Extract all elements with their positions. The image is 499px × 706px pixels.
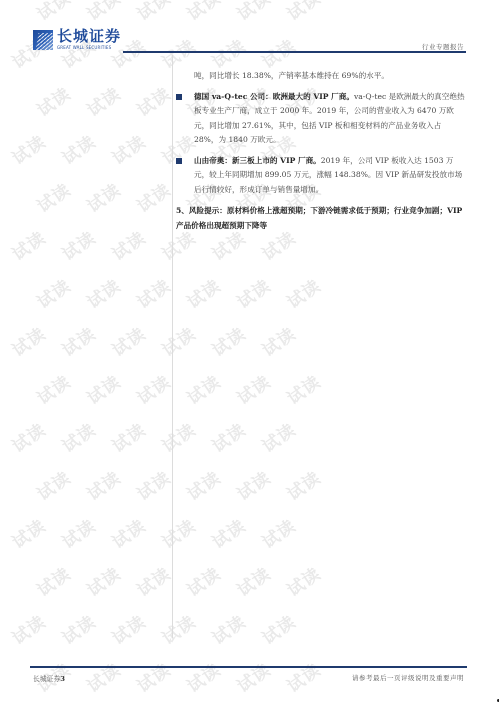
watermark-text: 试读: [231, 560, 275, 601]
watermark-text: 试读: [81, 560, 125, 601]
watermark-text: 试读: [106, 320, 150, 361]
watermark-text: 试读: [81, 176, 125, 217]
watermark-text: 试读: [181, 368, 225, 409]
watermark-text: 试读: [31, 272, 75, 313]
continuation-paragraph: 吨，同比增长 18.38%，产销率基本维持在 69%的水平。: [176, 69, 468, 84]
watermark-text: 试读: [131, 0, 175, 25]
watermark-text: 试读: [131, 80, 175, 121]
watermark-text: 试读: [281, 0, 325, 25]
page-number: 3: [60, 675, 65, 683]
watermark-text: 试读: [81, 0, 125, 25]
watermark-text: 试读: [231, 272, 275, 313]
bullet-item-shanyou: 山由帝奥：新三板上市的 VIP 厂商。2019 年，公司 VIP 板收入达 15…: [176, 154, 468, 198]
watermark-text: 试读: [231, 0, 275, 25]
report-type-label: 行业专题报告: [422, 42, 464, 51]
watermark-text: 试读: [281, 560, 325, 601]
watermark-text: 试读: [281, 656, 325, 697]
bullet-lead: 山由帝奥：新三板上市的 VIP 厂商。: [194, 156, 321, 165]
watermark-text: 试读: [206, 512, 250, 553]
watermark-text: 试读: [56, 608, 100, 649]
watermark-text: 试读: [31, 80, 75, 121]
watermark-text: 试读: [81, 368, 125, 409]
watermark-text: 试读: [256, 512, 300, 553]
watermark-text: 试读: [31, 560, 75, 601]
watermark-text: 试读: [206, 416, 250, 457]
watermark-text: 试读: [31, 0, 75, 25]
bullet-lead: 德国 va-Q-tec 公司：欧洲最大的 VIP 厂商。: [194, 92, 354, 101]
watermark-text: 试读: [6, 320, 50, 361]
watermark-text: 试读: [256, 608, 300, 649]
watermark-text: 试读: [206, 608, 250, 649]
watermark-text: 试读: [6, 512, 50, 553]
watermark-text: 试读: [131, 368, 175, 409]
watermark-text: 试读: [131, 176, 175, 217]
footer-company-name: 长城证券: [33, 675, 60, 683]
header-rule: [123, 51, 466, 53]
watermark-text: 试读: [231, 464, 275, 505]
square-bullet-icon: [176, 158, 182, 164]
watermark-text: 试读: [156, 416, 200, 457]
company-logo: 长城证券 GREAT WALL SECURITIES: [33, 29, 121, 50]
watermark-text: 试读: [56, 320, 100, 361]
watermark-text: 试读: [131, 560, 175, 601]
great-wall-logo-icon: [33, 30, 53, 50]
footer-rule: [30, 666, 467, 668]
watermark-text: 试读: [181, 656, 225, 697]
watermark-text: 试读: [156, 512, 200, 553]
logo-chinese-name: 长城证券: [57, 29, 121, 44]
watermark-text: 试读: [156, 320, 200, 361]
watermark-text: 试读: [256, 416, 300, 457]
watermark-text: 试读: [181, 0, 225, 25]
footer-company: 长城证券3: [33, 673, 65, 683]
watermark-text: 试读: [106, 224, 150, 265]
watermark-text: 试读: [31, 464, 75, 505]
column-divider: [172, 55, 173, 638]
watermark-text: 试读: [106, 608, 150, 649]
watermark-text: 试读: [31, 368, 75, 409]
watermark-text: 试读: [181, 272, 225, 313]
risk-label: 5、风险提示：: [176, 206, 227, 215]
main-content: 吨，同比增长 18.38%，产销率基本维持在 69%的水平。 德国 va-Q-t…: [176, 69, 468, 233]
watermark-text: 试读: [206, 320, 250, 361]
risk-warning: 5、风险提示：原材料价格上涨超预期；下游冷链需求低于预期；行业竞争加剧；VIP …: [176, 204, 468, 233]
watermark-text: 试读: [231, 656, 275, 697]
watermark-text: 试读: [131, 272, 175, 313]
watermark-text: 试读: [156, 608, 200, 649]
watermark-text: 试读: [181, 464, 225, 505]
watermark-text: 试读: [81, 464, 125, 505]
watermark-text: 试读: [106, 416, 150, 457]
watermark-text: 试读: [81, 656, 125, 697]
watermark-text: 试读: [6, 224, 50, 265]
square-bullet-icon: [176, 94, 182, 100]
watermark-text: 试读: [6, 128, 50, 169]
watermark-text: 试读: [131, 464, 175, 505]
watermark-text: 试读: [81, 80, 125, 121]
bullet-item-vaqtec: 德国 va-Q-tec 公司：欧洲最大的 VIP 厂商。va-Q-tec 是欧洲…: [176, 90, 468, 148]
watermark-text: 试读: [231, 368, 275, 409]
watermark-text: 试读: [6, 416, 50, 457]
watermark-text: 试读: [106, 512, 150, 553]
watermark-text: 试读: [81, 272, 125, 313]
watermark-text: 试读: [56, 224, 100, 265]
watermark-text: 试读: [281, 368, 325, 409]
watermark-text: 试读: [56, 128, 100, 169]
logo-english-name: GREAT WALL SECURITIES: [57, 46, 121, 50]
watermark-text: 试读: [281, 464, 325, 505]
watermark-text: 试读: [281, 272, 325, 313]
watermark-text: 试读: [31, 176, 75, 217]
watermark-text: 试读: [56, 416, 100, 457]
watermark-text: 试读: [56, 512, 100, 553]
watermark-text: 试读: [256, 320, 300, 361]
footer-disclaimer: 请参考最后一页评级说明及重要声明: [352, 673, 464, 682]
watermark-text: 试读: [181, 560, 225, 601]
watermark-text: 试读: [106, 128, 150, 169]
watermark-text: 试读: [131, 656, 175, 697]
watermark-text: 试读: [6, 608, 50, 649]
